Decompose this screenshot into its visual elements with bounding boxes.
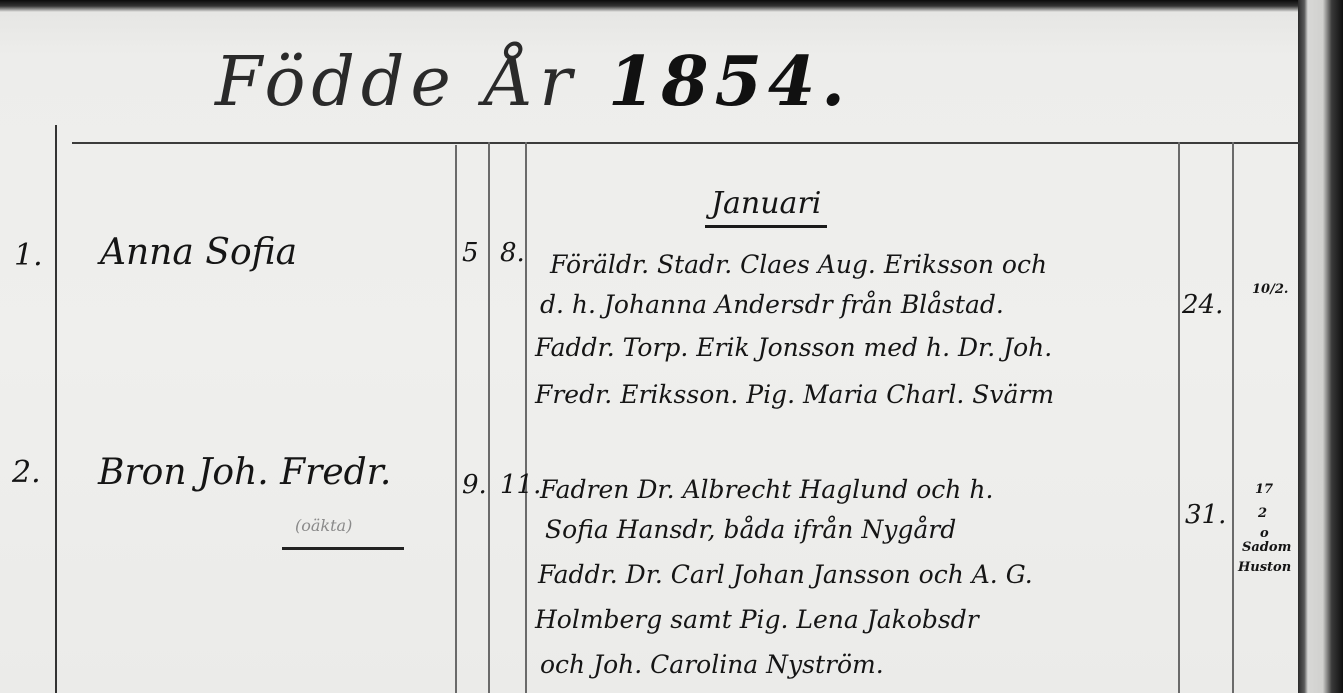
mother-age: 24. — [1182, 290, 1223, 320]
child-name: Anna Sofia — [100, 232, 297, 273]
remark-line: 2 — [1258, 506, 1267, 521]
remark-line: Huston — [1238, 560, 1291, 575]
notes-line: d. h. Johanna Andersdr från Blåstad. — [540, 290, 1004, 319]
title-text: Födde År — [215, 43, 578, 122]
month-heading: Januari — [705, 186, 827, 228]
remark-line: Sadom — [1242, 540, 1291, 555]
remark-line: o — [1260, 526, 1269, 541]
notes-line: Fredr. Eriksson. Pig. Maria Charl. Svärm — [535, 380, 1054, 409]
column-rule-baptism — [488, 142, 490, 693]
child-name: Bron Joh. Fredr. — [98, 452, 391, 493]
column-rule-remark — [1232, 142, 1234, 693]
column-rule-age — [1178, 142, 1180, 693]
column-rule-number — [55, 125, 57, 693]
notes-line: Holmberg samt Pig. Lena Jakobsdr — [535, 605, 979, 634]
birth-day: 5 — [462, 238, 479, 268]
notes-line: Fadren Dr. Albrecht Haglund och h. — [540, 475, 993, 504]
remark-line: 17 — [1255, 482, 1273, 497]
mother-age: 31. — [1185, 500, 1226, 530]
header-rule — [72, 142, 1300, 144]
entry-number: 1. — [14, 238, 43, 273]
baptism-day: 8. — [500, 238, 525, 268]
notes-line: och Joh. Carolina Nyström. — [540, 650, 884, 679]
book-binding-edge — [1298, 0, 1343, 693]
notes-line: Sofia Hansdr, båda ifrån Nygård — [545, 515, 956, 544]
remark: 10/2. — [1252, 282, 1288, 297]
annotation-underline — [282, 547, 404, 550]
column-rule-birthday — [455, 145, 457, 693]
notes-line: Faddr. Dr. Carl Johan Jansson och A. G. — [538, 560, 1033, 589]
scan-top-edge — [0, 0, 1343, 12]
column-rule-notes — [525, 142, 527, 693]
notes-line: Faddr. Torp. Erik Jonsson med h. Dr. Joh… — [535, 333, 1052, 362]
notes-line: Föräldr. Stadr. Claes Aug. Eriksson och — [550, 250, 1047, 279]
baptism-day: 11. — [500, 470, 541, 500]
child-name-annotation: (oäkta) — [295, 516, 352, 535]
title-year: 1854. — [608, 42, 851, 122]
register-page: Födde År1854. Januari 1. Anna Sofia 5 8.… — [0, 0, 1343, 693]
page-title: Födde År1854. — [215, 42, 851, 122]
entry-number: 2. — [12, 455, 41, 490]
birth-day: 9. — [462, 470, 487, 500]
